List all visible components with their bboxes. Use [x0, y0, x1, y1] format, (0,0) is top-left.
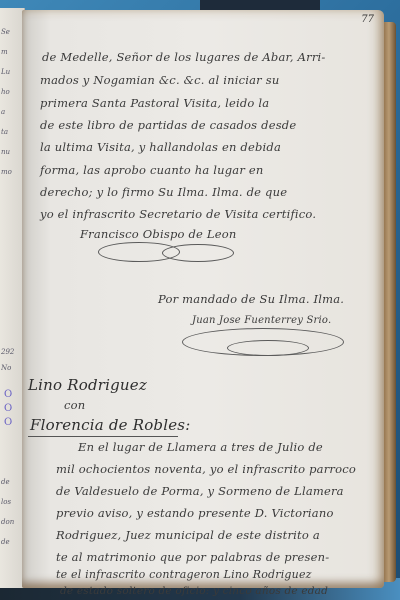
margin-fragment: ta [1, 128, 23, 137]
upper-text-line: de Medelle, Señor de los lugares de Abar… [42, 50, 326, 64]
groom-name: Lino Rodriguez [28, 376, 147, 394]
margin-number: 292 [1, 348, 23, 357]
entry-text-line: te al matrimonio que por palabras de pre… [56, 550, 329, 564]
upper-text-line: forma, las aprobo cuanto ha lugar en [40, 163, 264, 177]
upper-text-line: yo el infrascrito Secretario de Visita c… [40, 207, 316, 221]
manuscript-page: 77 de Medelle, Señor de los lugares de A… [22, 10, 384, 588]
margin-fragment: los [1, 498, 23, 507]
page-stack-edge [382, 22, 396, 582]
margin-fragment: mo [1, 168, 23, 177]
heading-connector: con [64, 398, 85, 412]
margin-fragment: ho [1, 88, 23, 97]
margin-fragment: de [1, 478, 23, 487]
upper-text-line: de este libro de partidas de casados des… [40, 118, 296, 132]
bride-name: Florencia de Robles: [30, 416, 190, 434]
margin-fragment: Lu [1, 68, 23, 77]
margin-fragment: Se [1, 28, 23, 37]
entry-text-line: te el infrascrito contrageron Lino Rodri… [56, 568, 312, 581]
signature-flourish [227, 340, 309, 356]
heading-underline [28, 436, 178, 437]
folio-number: 77 [361, 14, 374, 25]
entry-text-line: mil ochocientos noventa, yo el infrascri… [56, 462, 356, 476]
upper-text-line: mados y Nogamian &c. &c. al iniciar su [40, 73, 279, 87]
margin-fragment: nu [1, 148, 23, 157]
upper-text-line: derecho; y lo firmo Su Ilma. Ilma. de qu… [40, 185, 287, 199]
signature-secretary: Juan Jose Fuenterrey Srio. [192, 315, 331, 326]
margin-fragment: de [1, 538, 23, 547]
margin-fragment: No [1, 364, 23, 373]
upper-text-line: primera Santa Pastoral Visita, leido la [40, 96, 269, 110]
mandate-line: Por mandado de Su Ilma. Ilma. [158, 292, 344, 306]
upper-text-line: la ultima Visita, y hallandolas en debid… [40, 140, 281, 154]
signature-flourish [162, 244, 234, 262]
entry-text-line: de estado soltero de oficio: y cinco año… [60, 585, 328, 597]
entry-text-line: Rodriguez, Juez municipal de este distri… [56, 528, 320, 542]
margin-fragment: m [1, 48, 23, 57]
margin-fragment: a [1, 108, 23, 117]
margin-fragment: don [1, 518, 23, 527]
entry-text-line: previo aviso, y estando presente D. Vict… [56, 506, 334, 520]
signature-bishop: Francisco Obispo de Leon [80, 227, 236, 241]
entry-text-line: En el lugar de Llamera a tres de Julio d… [78, 440, 323, 454]
purple-stamp: OOO [4, 388, 18, 448]
entry-text-line: de Valdesuelo de Porma, y Sormeno de Lla… [56, 484, 344, 498]
